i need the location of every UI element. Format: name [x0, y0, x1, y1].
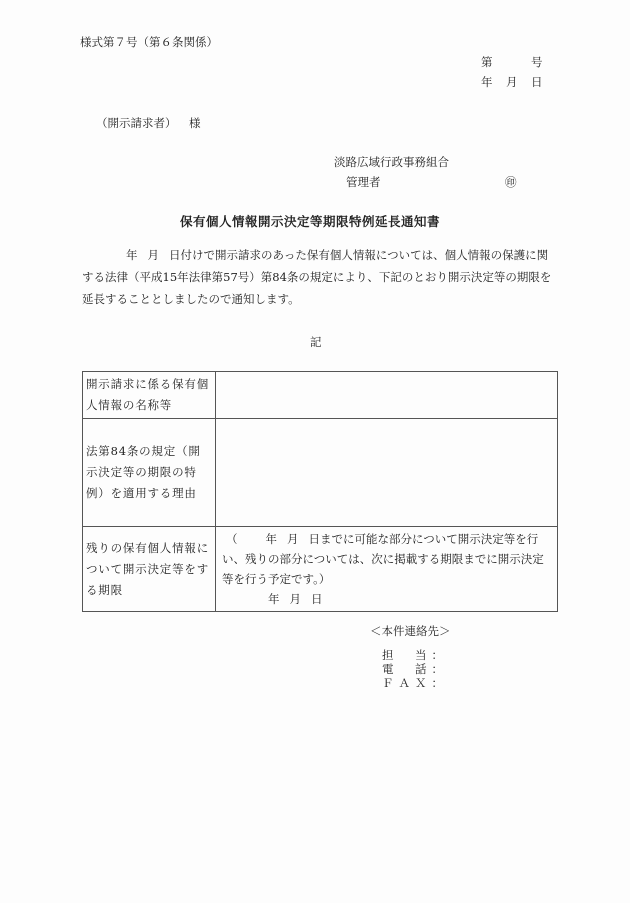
date-year: 年 [481, 74, 493, 90]
table-row: 残りの保有個人情報について開示決定等をする期限 （年月日までに可能な部分について… [83, 527, 558, 612]
partial-month: 月 [287, 532, 299, 546]
row-label-reason: 法第84条の規定（開示決定等の期限の特例）を適用する理由 [83, 419, 216, 527]
deadline-day: 日 [311, 592, 323, 606]
partial-year: 年 [266, 532, 278, 546]
sender-organization: 淡路広域行政事務組合 [334, 154, 449, 170]
deadline-month: 月 [290, 592, 302, 606]
contact-block: 担 当： 電 話： ＦＡＸ： [382, 648, 448, 690]
contact-heading: ＜本件連絡先＞ [370, 623, 451, 639]
row-label-deadline: 残りの保有個人情報について開示決定等をする期限 [83, 527, 216, 612]
ki-heading: 記 [310, 334, 322, 350]
table-row: 法第84条の規定（開示決定等の期限の特例）を適用する理由 [83, 419, 558, 527]
row-label-info-name: 開示請求に係る保有個人情報の名称等 [83, 372, 216, 419]
addressee-name: （開示請求者） [96, 115, 177, 131]
body-date-year: 年 [126, 248, 138, 262]
doc-number-suffix: 号 [531, 54, 543, 70]
form-number: 様式第７号（第６条関係） [80, 34, 218, 50]
row-value-info-name[interactable] [216, 372, 558, 419]
doc-number-prefix: 第 [481, 54, 493, 70]
document-title: 保有個人情報開示決定等期限特例延長通知書 [180, 214, 440, 230]
addressee-honorific: 様 [189, 115, 201, 131]
sender-position: 管理者 [346, 174, 381, 190]
row-value-deadline[interactable]: （年月日までに可能な部分について開示決定等を行い、残りの部分については、次に掲載… [216, 527, 558, 612]
deadline-year: 年 [268, 592, 280, 606]
row-value-reason[interactable] [216, 419, 558, 527]
date-day: 日 [531, 74, 543, 90]
table-row: 開示請求に係る保有個人情報の名称等 [83, 372, 558, 419]
deadline-open-paren: （ [226, 532, 238, 546]
body-date-month: 月 [148, 248, 160, 262]
contact-phone-label: 電 話： [382, 662, 448, 676]
seal-mark: ㊞ [505, 174, 517, 190]
contact-fax-label: ＦＡＸ： [382, 676, 448, 690]
details-table: 開示請求に係る保有個人情報の名称等 法第84条の規定（開示決定等の期限の特例）を… [82, 371, 558, 612]
body-paragraph: 年月日付けで開示請求のあった保有個人情報については、個人情報の保護に関する法律（… [82, 244, 558, 310]
contact-person-label: 担 当： [382, 648, 448, 662]
date-month: 月 [506, 74, 518, 90]
